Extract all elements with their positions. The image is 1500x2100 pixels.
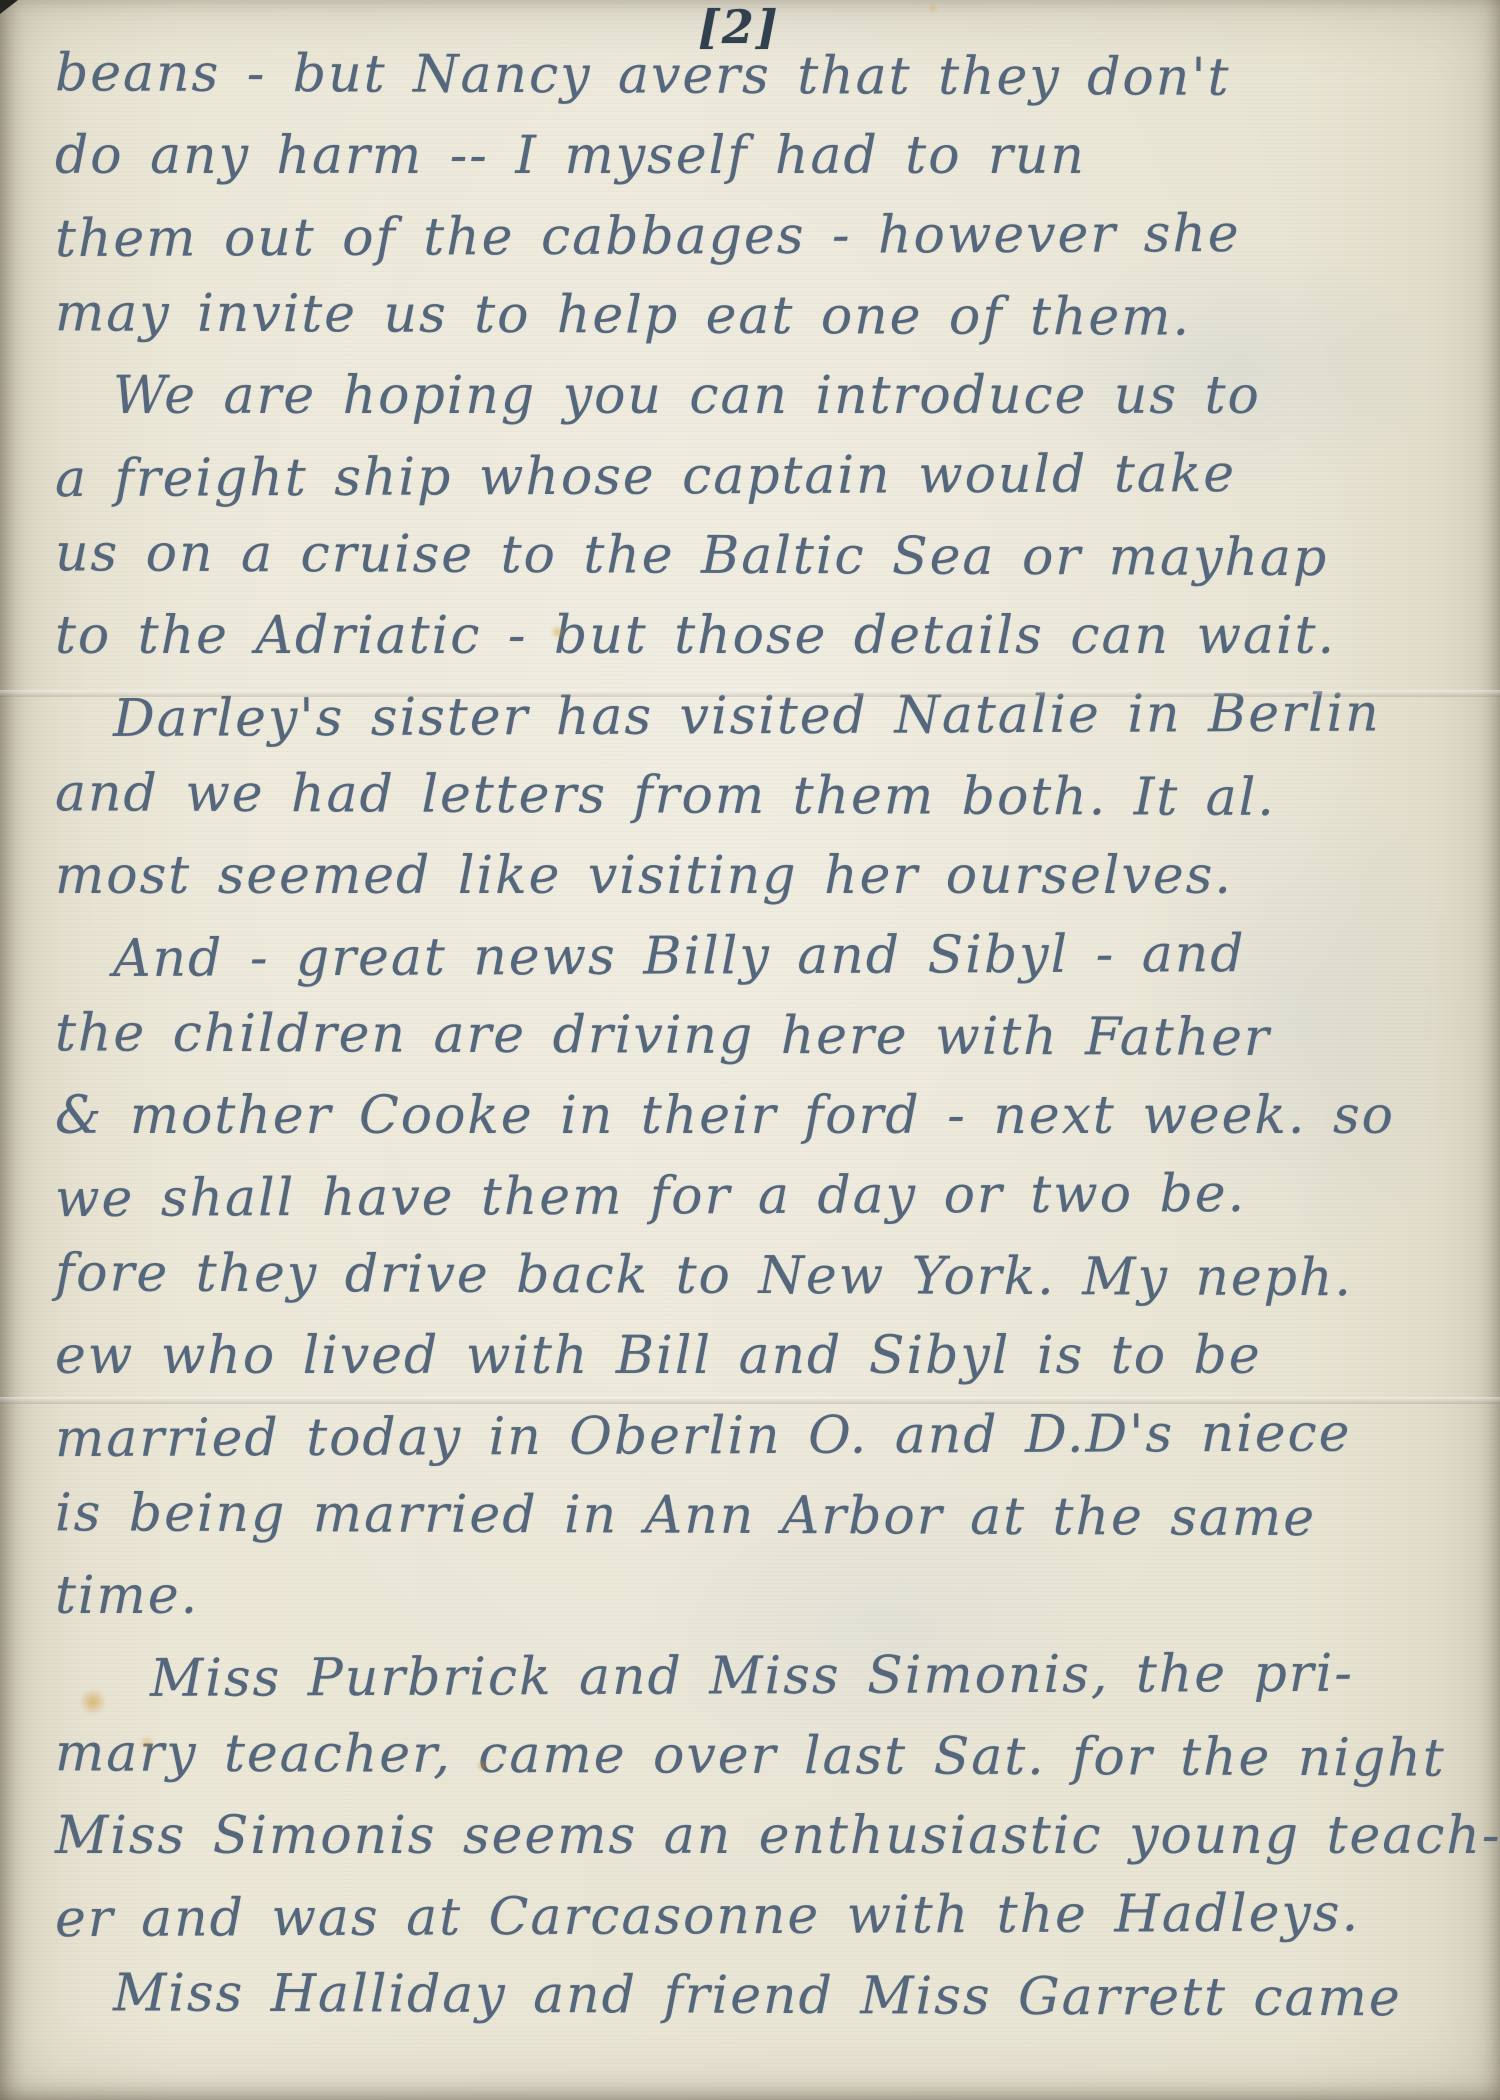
handwritten-line: to the Adriatic - but those details can … <box>55 596 1486 676</box>
letter-body: beans - but Nancy avers that they don't … <box>55 36 1486 2036</box>
handwritten-line: time. <box>55 1556 1486 1636</box>
handwritten-line: the children are driving here with Fathe… <box>55 993 1486 1078</box>
handwritten-line: married today in Oberlin O. and D.D's ni… <box>55 1393 1486 1479</box>
handwritten-line: er and was at Carcasonne with the Hadley… <box>55 1873 1486 1959</box>
handwritten-line: mary teacher, came over last Sat. for th… <box>55 1713 1486 1798</box>
handwritten-line: beans - but Nancy avers that they don't <box>55 33 1486 118</box>
handwritten-line: them out of the cabbages - however she <box>55 193 1486 279</box>
handwritten-line: and we had letters from them both. It al… <box>55 753 1486 838</box>
handwritten-line: fore they drive back to New York. My nep… <box>55 1233 1486 1318</box>
handwritten-line: And - great news Billy and Sibyl - and <box>113 913 1486 999</box>
handwritten-line: a freight ship whose captain would take <box>55 433 1486 519</box>
handwritten-line: most seemed like visiting her ourselves. <box>55 836 1486 916</box>
handwritten-line: Miss Simonis seems an enthusiastic young… <box>55 1796 1486 1876</box>
handwritten-line: us on a cruise to the Baltic Sea or mayh… <box>55 513 1486 598</box>
handwritten-line: & mother Cooke in their ford - next week… <box>55 1076 1486 1156</box>
handwritten-line: do any harm -- I myself had to run <box>55 116 1486 196</box>
handwritten-line: We are hoping you can introduce us to <box>113 356 1486 436</box>
handwritten-line: is being married in Ann Arbor at the sam… <box>55 1473 1486 1558</box>
scan-corner-shadow <box>0 0 18 14</box>
letter-page: [2] beans - but Nancy avers that they do… <box>0 0 1500 2100</box>
handwritten-line: Miss Purbrick and Miss Simonis, the pri- <box>150 1633 1486 1719</box>
handwritten-line: Darley's sister has visited Natalie in B… <box>113 673 1486 759</box>
paper-stain <box>928 4 938 13</box>
handwritten-line: ew who lived with Bill and Sibyl is to b… <box>55 1316 1486 1396</box>
handwritten-line: may invite us to help eat one of them. <box>55 273 1486 358</box>
handwritten-line: we shall have them for a day or two be. <box>55 1153 1486 1239</box>
handwritten-line: Miss Halliday and friend Miss Garrett ca… <box>113 1953 1486 2038</box>
